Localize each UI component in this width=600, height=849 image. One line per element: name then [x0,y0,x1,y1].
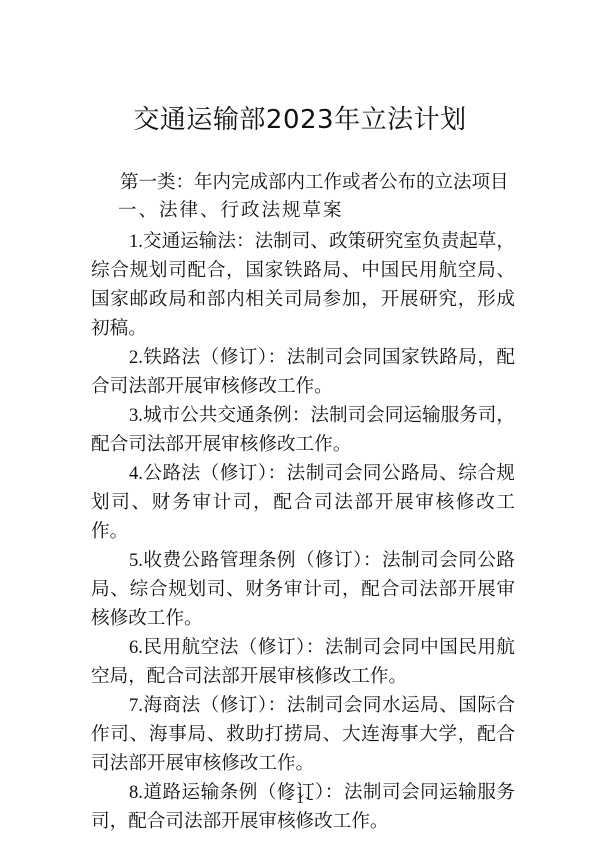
item-text: 公路法（修订）：法制司会同公路局、综合规划司、财务审计司，配合司法部开展审核修改… [91,463,515,542]
item-text: 城市公共交通条例：法制司会同运输服务司，配合司法部开展审核修改工作。 [91,405,515,455]
item-number: 2. [129,347,143,368]
item-text: 收费公路管理条例（修订）：法制司会同公路局、综合规划司、财务审计司，配合司法部开… [91,550,515,629]
list-item: 2.铁路法（修订）：法制司会同国家铁路局，配合司法部开展审核修改工作。 [91,343,515,401]
item-text: 交通运输法：法制司、政策研究室负责起草，综合规划司配合，国家铁路局、中国民用航空… [91,231,515,339]
list-item: 5.收费公路管理条例（修订）：法制司会同公路局、综合规划司、财务审计司，配合司法… [91,546,515,633]
list-item: 7.海商法（修订）：法制司会同水运局、国际合作司、海事局、救助打捞局、大连海事大… [91,691,515,778]
item-text: 海商法（修订）：法制司会同水运局、国际合作司、海事局、救助打捞局、大连海事大学，… [91,695,515,774]
item-number: 3. [129,405,143,426]
list-item: 3.城市公共交通条例：法制司会同运输服务司，配合司法部开展审核修改工作。 [91,401,515,459]
item-number: 1. [129,231,143,252]
document-page: 交通运输部2023年立法计划 第一类：年内完成部内工作或者公布的立法项目 一、法… [0,0,600,849]
item-number: 7. [129,695,143,716]
subsection-heading: 一、法律、行政法规草案 [118,198,344,224]
section-heading: 第一类：年内完成部内工作或者公布的立法项目 [120,170,509,196]
item-number: 6. [129,637,143,658]
list-item: 6.民用航空法（修订）：法制司会同中国民用航空局，配合司法部开展审核修改工作。 [91,633,515,691]
list-item: 1.交通运输法：法制司、政策研究室负责起草，综合规划司配合，国家铁路局、中国民用… [91,227,515,343]
document-title: 交通运输部2023年立法计划 [0,103,600,137]
document-body: 1.交通运输法：法制司、政策研究室负责起草，综合规划司配合，国家铁路局、中国民用… [91,227,515,836]
item-text: 铁路法（修订）：法制司会同国家铁路局，配合司法部开展审核修改工作。 [91,347,515,397]
item-text: 民用航空法（修订）：法制司会同中国民用航空局，配合司法部开展审核修改工作。 [91,637,515,687]
page-number: - 1 - [0,790,600,808]
item-number: 4. [129,463,143,484]
list-item: 4.公路法（修订）：法制司会同公路局、综合规划司、财务审计司，配合司法部开展审核… [91,459,515,546]
item-number: 5. [129,550,143,571]
